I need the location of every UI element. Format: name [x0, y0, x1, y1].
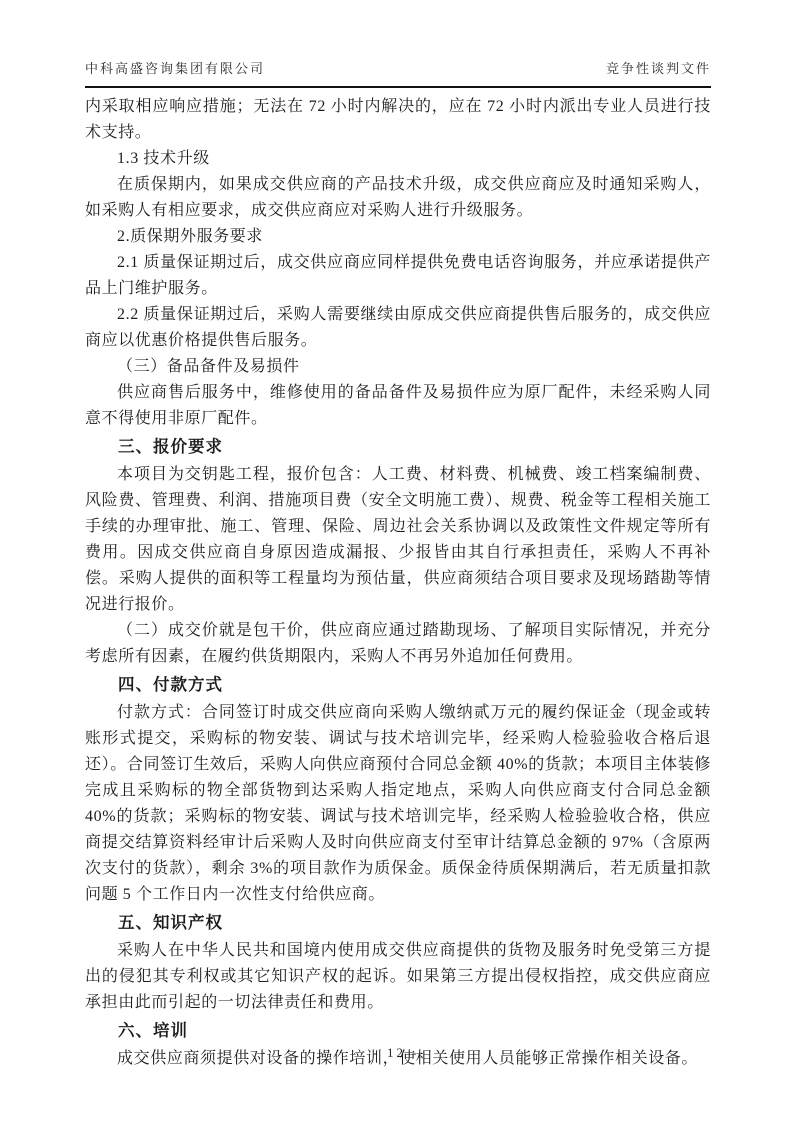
section-5-heading: 五、知识产权 — [85, 910, 711, 936]
section-3-para-2: （二）成交价就是包干价，供应商应通过踏勘现场、了解项目实际情况，并充分考虑所有因… — [85, 618, 711, 670]
clause-2-2-body: 2.2 质量保证期过后，采购人需要继续由原成交供应商提供售后服务的，成交供应商应… — [85, 302, 711, 354]
section-6-heading: 六、培训 — [85, 1018, 711, 1044]
section-4-para: 付款方式：合同签订时成交供应商向采购人缴纳贰万元的履约保证金（现金或转账形式提交… — [85, 700, 711, 908]
clause-2-title: 2.质保期外服务要求 — [85, 224, 711, 250]
section-3-heading: 三、报价要求 — [85, 434, 711, 460]
page-number: - 12 - — [0, 1045, 793, 1061]
section-5-para: 采购人在中华人民共和国境内使用成交供应商提供的货物及服务时免受第三方提出的侵犯其… — [85, 938, 711, 1016]
paragraph-continuation: 内采取相应响应措施；无法在 72 小时内解决的，应在 72 小时内派出专业人员进… — [85, 94, 711, 146]
clause-2-1-body: 2.1 质量保证期过后，成交供应商应同样提供免费电话咨询服务，并应承诺提供产品上… — [85, 250, 711, 302]
clause-1-3-title: 1.3 技术升级 — [85, 146, 711, 172]
document-type-label: 竞争性谈判文件 — [606, 58, 711, 77]
company-name: 中科高盛咨询集团有限公司 — [85, 58, 265, 77]
document-body: 内采取相应响应措施；无法在 72 小时内解决的，应在 72 小时内派出专业人员进… — [85, 94, 711, 1072]
clause-iii-body: 供应商售后服务中，维修使用的备品备件及易损件应为原厂配件，未经采购人同意不得使用… — [85, 380, 711, 432]
clause-iii-title: （三）备品备件及易损件 — [85, 354, 711, 380]
section-3-para-1: 本项目为交钥匙工程，报价包含：人工费、材料费、机械费、竣工档案编制费、风险费、管… — [85, 462, 711, 618]
section-4-heading: 四、付款方式 — [85, 672, 711, 698]
header-divider — [85, 86, 711, 88]
document-page: 中科高盛咨询集团有限公司 竞争性谈判文件 内采取相应响应措施；无法在 72 小时… — [0, 0, 793, 1122]
page-header: 中科高盛咨询集团有限公司 竞争性谈判文件 — [85, 58, 711, 84]
clause-1-3-body: 在质保期内，如果成交供应商的产品技术升级，成交供应商应及时通知采购人，如采购人有… — [85, 172, 711, 224]
